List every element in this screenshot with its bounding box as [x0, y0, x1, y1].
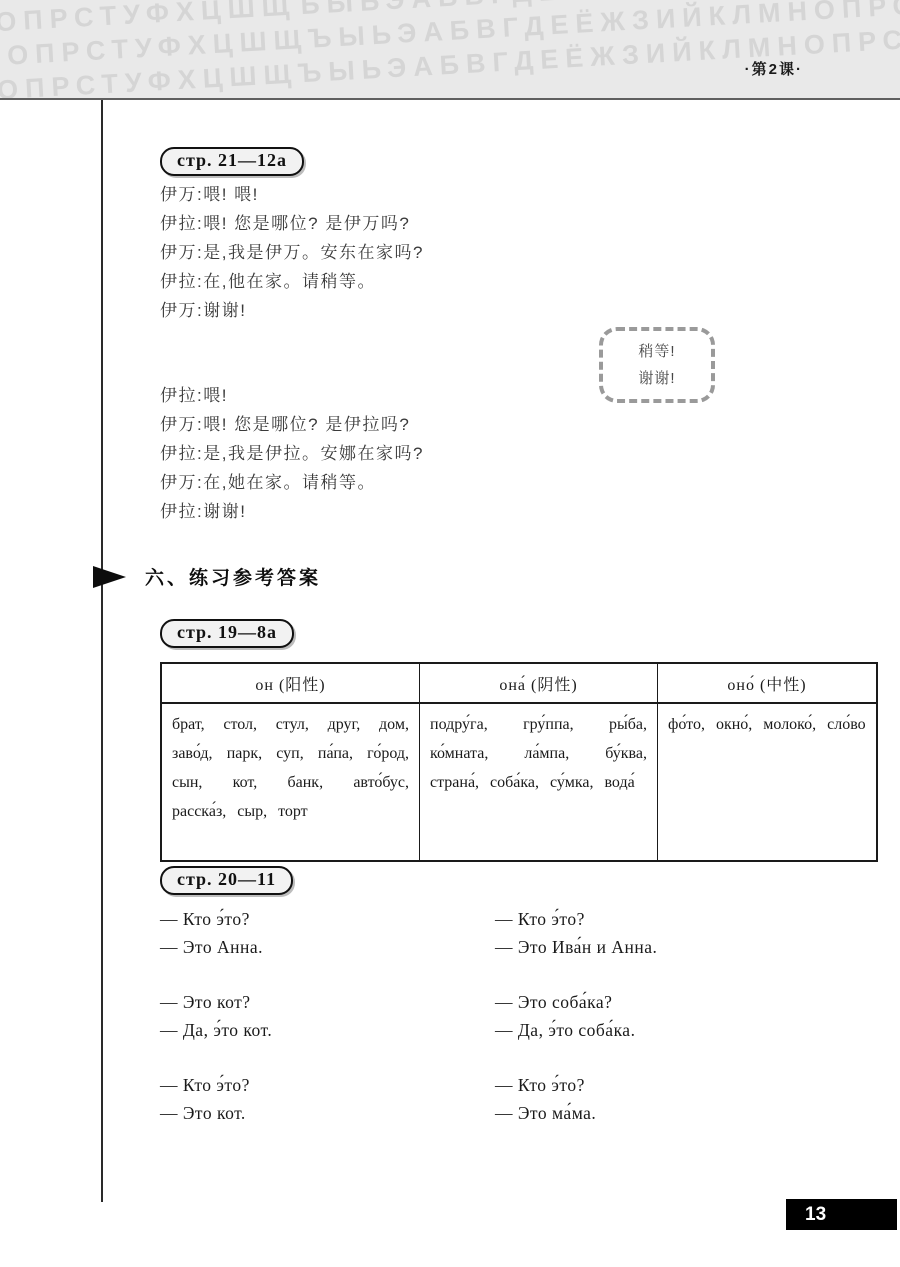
dialog-line: 伊万:谢谢!: [160, 296, 424, 325]
table-header-row: он (阳性) она́ (阴性) оно́ (中性): [161, 663, 877, 703]
qa-right-column: — Кто э́то? — Это ма́ма.: [495, 1071, 855, 1127]
dialog-line: 伊万:在,她在家。请稍等。: [160, 468, 424, 497]
page-ref-tag-19-8a: стр. 19—8a: [160, 619, 294, 648]
callout-line: 谢谢!: [638, 365, 675, 392]
qa-line: — Кто э́то?: [495, 1071, 855, 1099]
section-title: 六、练习参考答案: [145, 563, 321, 590]
page-ref-tag-21-12a: стр. 21—12a: [160, 147, 304, 176]
triangle-marker-icon: [93, 566, 126, 588]
qa-group: — Кто э́то? — Это Анна. — Кто э́то? — Эт…: [160, 905, 855, 961]
cyrillic-watermark: НОПРСТУФХЦШЩЪЫЬЭАБВГДЕЁЖЗИЙКЛМНОПРСТУФХ …: [0, 0, 900, 100]
lesson-number-label: ·第2课·: [745, 58, 803, 79]
qa-answer-key: — Кто э́то? — Это Анна. — Кто э́то? — Эт…: [160, 905, 855, 1154]
qa-line: — Да, э́то кот.: [160, 1016, 495, 1044]
cell-neuter-nouns: фо́то, окно́, молоко́, сло́во: [658, 703, 878, 861]
callout-line: 稍等!: [638, 338, 675, 365]
dialog-line: 伊万:喂! 喂!: [160, 180, 424, 209]
qa-line: — Это Анна.: [160, 933, 495, 961]
qa-line: — Да, э́то соба́ка.: [495, 1016, 855, 1044]
dialog-block-1: 伊万:喂! 喂! 伊拉:喂! 您是哪位? 是伊万吗? 伊万:是,我是伊万。安东在…: [160, 180, 424, 325]
qa-left-column: — Это кот? — Да, э́то кот.: [160, 988, 495, 1044]
left-rule: [101, 100, 103, 1202]
cell-feminine-nouns: подру́га, гру́ппа, ры́ба, ко́мната, ла́м…: [420, 703, 658, 861]
qa-right-column: — Кто э́то? — Это Ива́н и Анна.: [495, 905, 855, 961]
dialog-line: 伊拉:谢谢!: [160, 497, 424, 526]
column-header-feminine: она́ (阴性): [420, 663, 658, 703]
qa-line: — Это кот.: [160, 1099, 495, 1127]
qa-line: — Кто э́то?: [160, 905, 495, 933]
cell-masculine-nouns: брат, стол, стул, друг, дом, заво́д, пар…: [161, 703, 420, 861]
qa-right-column: — Это соба́ка? — Да, э́то соба́ка.: [495, 988, 855, 1044]
dialog-line: 伊拉:喂! 您是哪位? 是伊万吗?: [160, 209, 424, 238]
qa-line: — Это соба́ка?: [495, 988, 855, 1016]
column-header-neuter: оно́ (中性): [658, 663, 878, 703]
noun-gender-table: он (阳性) она́ (阴性) оно́ (中性) брат, стол, …: [160, 662, 878, 862]
qa-left-column: — Кто э́то? — Это кот.: [160, 1071, 495, 1127]
table-row: брат, стол, стул, друг, дом, заво́д, пар…: [161, 703, 877, 861]
page-ref-tag-20-11: стр. 20—11: [160, 866, 293, 895]
key-phrase-callout: 稍等! 谢谢!: [599, 327, 715, 403]
section-heading: 六、练习参考答案: [93, 563, 321, 590]
qa-group: — Кто э́то? — Это кот. — Кто э́то? — Это…: [160, 1071, 855, 1127]
column-header-masculine: он (阳性): [161, 663, 420, 703]
page-number: 13: [805, 1204, 826, 1225]
qa-line: — Это кот?: [160, 988, 495, 1016]
page-number-badge: 13: [786, 1199, 897, 1230]
qa-left-column: — Кто э́то? — Это Анна.: [160, 905, 495, 961]
dialog-line: 伊拉:在,他在家。请稍等。: [160, 267, 424, 296]
dialog-line: 伊万:喂! 您是哪位? 是伊拉吗?: [160, 410, 424, 439]
page-header: НОПРСТУФХЦШЩЪЫЬЭАБВГДЕЁЖЗИЙКЛМНОПРСТУФХ …: [0, 0, 900, 100]
qa-group: — Это кот? — Да, э́то кот. — Это соба́ка…: [160, 988, 855, 1044]
qa-line: — Кто э́то?: [160, 1071, 495, 1099]
qa-line: — Кто э́то?: [495, 905, 855, 933]
dialog-line: 伊拉:喂!: [160, 381, 424, 410]
dialog-line: 伊拉:是,我是伊拉。安娜在家吗?: [160, 439, 424, 468]
dialog-block-2: 伊拉:喂! 伊万:喂! 您是哪位? 是伊拉吗? 伊拉:是,我是伊拉。安娜在家吗?…: [160, 381, 424, 526]
qa-line: — Это Ива́н и Анна.: [495, 933, 855, 961]
dialog-line: 伊万:是,我是伊万。安东在家吗?: [160, 238, 424, 267]
qa-line: — Это ма́ма.: [495, 1099, 855, 1127]
